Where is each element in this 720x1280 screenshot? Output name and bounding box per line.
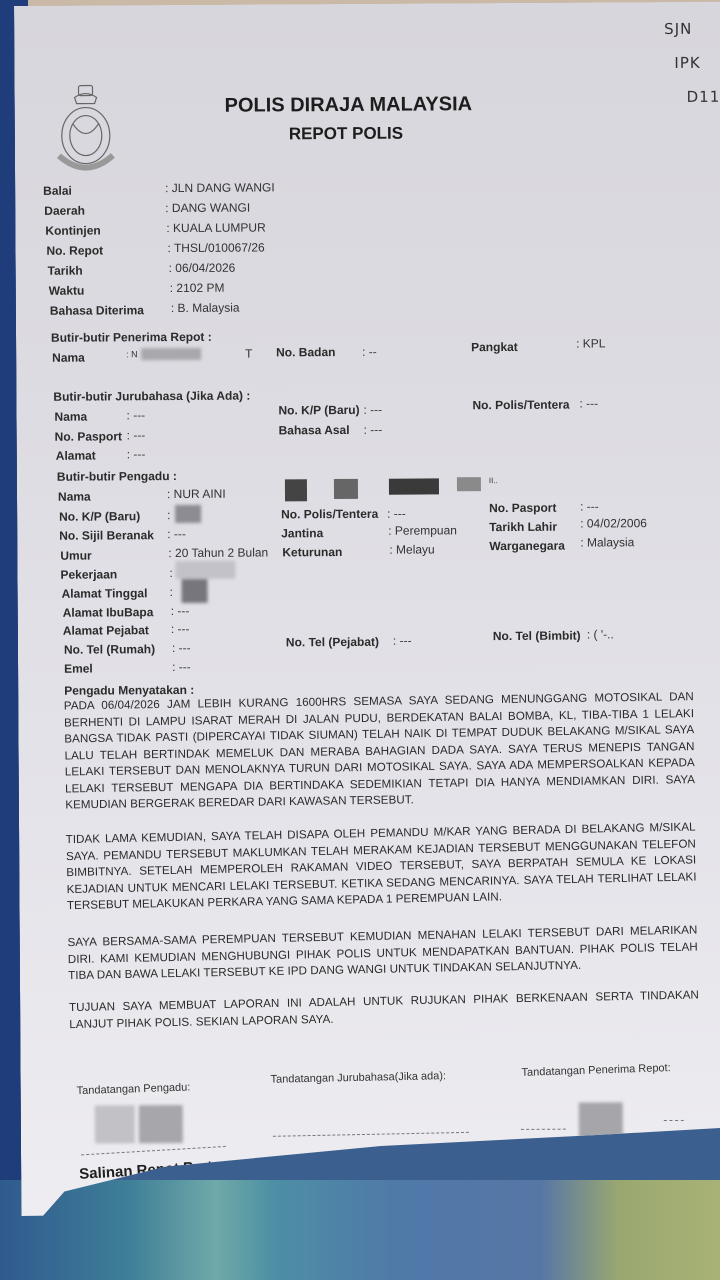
receiver-badge-value: : -- bbox=[362, 345, 377, 359]
handwritten-note-1: SJN bbox=[664, 20, 692, 38]
redacted-receiver-signature bbox=[579, 1102, 623, 1146]
interpreter-passport-value: : --- bbox=[127, 428, 146, 442]
complainant-home-tel-value: : --- bbox=[172, 641, 191, 655]
document-subtitle: REPOT POLIS bbox=[289, 124, 403, 145]
interpreter-heading: Butir-butir Jurubahasa (Jika Ada) : bbox=[53, 389, 250, 404]
interpreter-language-label: Bahasa Asal bbox=[279, 423, 350, 437]
redacted-name-part-1 bbox=[285, 479, 307, 501]
label-no-repot: No. Repot bbox=[46, 243, 103, 257]
redacted-name-part-4 bbox=[457, 477, 481, 491]
redacted-complainant-signature-2 bbox=[139, 1105, 183, 1143]
complainant-age-label: Umur bbox=[60, 549, 91, 563]
redacted-home-address bbox=[182, 579, 208, 603]
complainant-race-label: Keturunan bbox=[282, 545, 342, 559]
complainant-home-address-label: Alamat Tinggal bbox=[62, 586, 148, 601]
redacted-job bbox=[175, 561, 235, 579]
interpreter-signature-label: Tandatangan Jurubahasa(Jika ada): bbox=[270, 1070, 446, 1086]
complainant-name-label: Nama bbox=[58, 490, 91, 504]
complainant-age-value: : 20 Tahun 2 Bulan bbox=[168, 545, 268, 560]
receiver-name-label: Nama bbox=[52, 351, 85, 365]
value-no-repot: : THSL/010067/26 bbox=[167, 240, 264, 255]
receiver-signature-line-right bbox=[664, 1120, 684, 1121]
statement-paragraph-2: TIDAK LAMA KEMUDIAN, SAYA TELAH DISAPA O… bbox=[66, 819, 698, 914]
label-kontinjen: Kontinjen bbox=[45, 223, 100, 237]
statement-paragraph-1: PADA 06/04/2026 JAM LEBIH KURANG 1600HRS… bbox=[64, 689, 696, 814]
complainant-ic-value: : bbox=[167, 508, 170, 522]
redacted-name-part-3 bbox=[389, 478, 439, 494]
complainant-passport-label: No. Pasport bbox=[489, 501, 556, 515]
statement-paragraph-3: SAYA BERSAMA-SAMA PEREMPUAN TERSEBUT KEM… bbox=[67, 922, 698, 984]
complainant-job-value: : bbox=[169, 566, 172, 580]
pdrm-crest-icon bbox=[52, 83, 119, 179]
receiver-badge-label: No. Badan bbox=[276, 345, 335, 359]
complainant-citizenship-value: : Malaysia bbox=[580, 535, 634, 549]
complainant-passport-value: : --- bbox=[580, 499, 599, 513]
label-daerah: Daerah bbox=[44, 204, 85, 218]
handwritten-note-2: IPK bbox=[674, 54, 700, 72]
value-balai: : JLN DANG WANGI bbox=[165, 180, 275, 195]
police-report-document: SJN IPK D11 POLIS DIRAJA MALAYSIA REPOT … bbox=[14, 2, 720, 1216]
value-bahasa: : B. Malaysia bbox=[171, 301, 240, 315]
redacted-name-part-2 bbox=[334, 479, 358, 499]
complainant-parent-address-value: : --- bbox=[171, 604, 190, 618]
handwritten-note-3: D11 bbox=[687, 88, 720, 106]
complainant-gender-label: Jantina bbox=[281, 526, 323, 540]
receiver-name-value: : N bbox=[126, 349, 138, 359]
document-title: POLIS DIRAJA MALAYSIA bbox=[225, 93, 473, 118]
interpreter-address-label: Alamat bbox=[56, 449, 96, 463]
value-daerah: : DANG WANGI bbox=[165, 201, 250, 216]
statement-paragraph-4: TUJUAN SAYA MEMBUAT LAPORAN INI ADALAH U… bbox=[69, 987, 700, 1033]
complainant-police-no-value: : --- bbox=[387, 507, 406, 521]
complainant-birth-cert-value: : --- bbox=[167, 527, 186, 541]
interpreter-signature-line bbox=[273, 1132, 469, 1137]
complainant-citizenship-label: Warganegara bbox=[489, 539, 565, 553]
receiver-signature-line-left bbox=[521, 1129, 566, 1130]
value-waktu: : 2102 PM bbox=[170, 281, 225, 295]
complainant-gender-value: : Perempuan bbox=[388, 523, 457, 537]
label-tarikh: Tarikh bbox=[48, 264, 83, 278]
receiver-heading: Butir-butir Penerima Repot : bbox=[51, 330, 212, 345]
statement-heading: Pengadu Menyatakan : bbox=[64, 683, 194, 698]
interpreter-name-label: Nama bbox=[54, 410, 87, 424]
complainant-office-address-label: Alamat Pejabat bbox=[63, 623, 149, 638]
receiver-rank-value: : KPL bbox=[576, 336, 605, 350]
complainant-signature-line bbox=[81, 1146, 226, 1155]
complainant-birth-cert-label: No. Sijil Beranak bbox=[59, 528, 154, 543]
complainant-parent-address-label: Alamat IbuBapa bbox=[63, 605, 154, 620]
interpreter-ic-value: : --- bbox=[363, 403, 382, 417]
complainant-name-tail: II.. bbox=[489, 476, 498, 485]
complainant-office-address-value: : --- bbox=[171, 622, 190, 636]
redacted-receiver-name bbox=[141, 348, 201, 360]
receiver-rank-label: Pangkat bbox=[471, 340, 518, 354]
complainant-ic-label: No. K/P (Baru) bbox=[59, 509, 140, 523]
complainant-dob-value: : 04/02/2006 bbox=[580, 516, 647, 530]
complainant-office-tel-value: : --- bbox=[393, 634, 412, 648]
receiver-signature-label: Tandatangan Penerima Repot: bbox=[521, 1062, 671, 1079]
complainant-home-address-value: : bbox=[170, 585, 173, 599]
complainant-job-label: Pekerjaan bbox=[60, 567, 117, 581]
complainant-email-value: : --- bbox=[172, 660, 191, 674]
value-tarikh: : 06/04/2026 bbox=[169, 261, 236, 275]
complainant-police-no-label: No. Polis/Tentera bbox=[281, 507, 378, 522]
interpreter-name-value: : --- bbox=[126, 408, 145, 422]
redacted-ic bbox=[175, 505, 201, 523]
complainant-mobile-label: No. Tel (Bimbit) bbox=[493, 629, 581, 644]
interpreter-language-value: : --- bbox=[364, 423, 383, 437]
complainant-email-label: Emel bbox=[64, 662, 93, 676]
redacted-complainant-signature-1 bbox=[95, 1105, 135, 1143]
complainant-dob-label: Tarikh Lahir bbox=[489, 520, 557, 534]
interpreter-police-no-value: : --- bbox=[579, 396, 598, 410]
complainant-name-value: : NUR AINI bbox=[167, 487, 226, 501]
complainant-mobile-value: : ( '-.. bbox=[587, 627, 614, 641]
complainant-heading: Butir-butir Pengadu : bbox=[57, 469, 177, 484]
interpreter-address-value: : --- bbox=[127, 447, 146, 461]
label-waktu: Waktu bbox=[49, 284, 85, 298]
interpreter-passport-label: No. Pasport bbox=[55, 429, 122, 443]
complainant-office-tel-label: No. Tel (Pejabat) bbox=[286, 635, 379, 650]
complainant-signature-label: Tandatangan Pengadu: bbox=[76, 1081, 190, 1097]
first-report-copy-label: Salinan Repot Pertama bbox=[79, 1156, 243, 1183]
receiver-name-tail: T bbox=[245, 347, 252, 361]
complainant-home-tel-label: No. Tel (Rumah) bbox=[64, 642, 155, 657]
interpreter-ic-label: No. K/P (Baru) bbox=[278, 403, 359, 417]
label-bahasa: Bahasa Diterima bbox=[50, 303, 144, 318]
value-kontinjen: : KUALA LUMPUR bbox=[166, 220, 265, 235]
interpreter-police-no-label: No. Polis/Tentera bbox=[472, 398, 569, 413]
label-balai: Balai bbox=[43, 184, 72, 198]
complainant-race-value: : Melayu bbox=[389, 542, 434, 556]
fabric-background bbox=[0, 1180, 720, 1280]
